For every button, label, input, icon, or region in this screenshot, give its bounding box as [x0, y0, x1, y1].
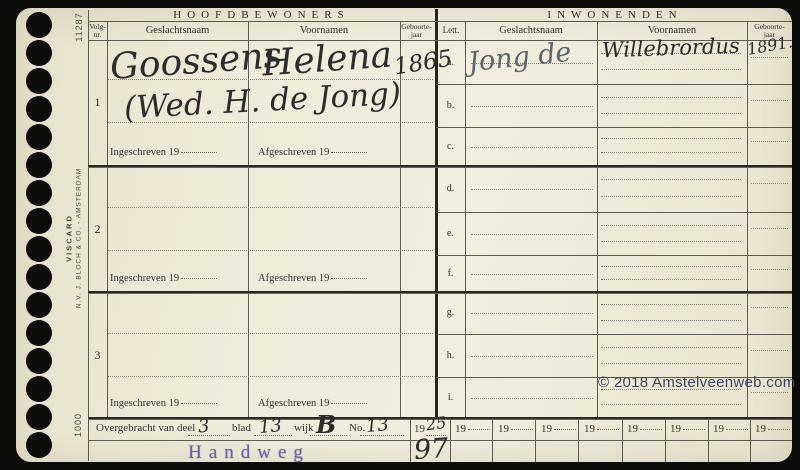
geslachtsnaam-cell — [465, 334, 597, 377]
afgeschreven-label: Afgeschreven 19 — [258, 398, 367, 409]
no-label: No. — [349, 422, 365, 434]
serial-number-bottom: 1000 — [73, 413, 83, 437]
serial-number-top: 11287 — [74, 12, 84, 41]
year-cell: 19 — [498, 423, 533, 435]
lodger-row: g. — [436, 291, 792, 334]
punch-hole — [26, 320, 52, 346]
printer-name: N.V. J. BLOCH & CO. - AMSTERDAM — [75, 168, 85, 309]
geslachtsnaam-cell — [465, 127, 597, 165]
lett-label: e. — [436, 212, 465, 255]
punch-hole — [26, 124, 52, 150]
ingeschreven-label: Ingeschreven 19 — [110, 147, 217, 158]
year-cell: 19 — [541, 423, 576, 435]
lett-label: b. — [436, 84, 465, 127]
geboortejaar-cell — [747, 291, 792, 334]
voornamen-cell — [597, 255, 747, 291]
lett-label: g. — [436, 291, 465, 334]
header-text: jaar — [411, 30, 422, 39]
punch-hole — [26, 376, 52, 402]
voornamen-cell — [597, 212, 747, 255]
column-header-geboortejaar: Geboorte- jaar — [400, 22, 433, 40]
lodger-row: f. — [436, 255, 792, 291]
printer-imprint: VISCARD N.V. J. BLOCH & CO. - AMSTERDAM — [64, 168, 85, 309]
punch-hole — [26, 348, 52, 374]
handwritten-deel: 3 — [197, 418, 210, 437]
year-cell: 19 — [455, 423, 490, 435]
lett-label: h. — [436, 334, 465, 377]
writing-line — [108, 333, 433, 334]
year-cell: 19 — [713, 423, 748, 435]
column-header-geslachtsnaam: Geslachtsnaam — [465, 22, 597, 40]
geslachtsnaam-cell — [465, 377, 597, 417]
ingeschreven-label: Ingeschreven 19 — [110, 398, 217, 409]
punch-hole — [26, 152, 52, 178]
handwritten-voornamen: Helena — [261, 38, 393, 83]
geboortejaar-cell — [747, 165, 792, 212]
street-name-stamp: Handweg — [88, 442, 410, 464]
wijk-label: wijk — [294, 422, 314, 434]
ingeschreven-label: Ingeschreven 19 — [110, 273, 217, 284]
handwritten-house-number: 97 — [413, 435, 449, 464]
punch-hole — [26, 12, 52, 38]
punch-hole — [26, 236, 52, 262]
year-cell: 19 — [584, 423, 619, 435]
voornamen-cell — [597, 84, 747, 127]
voornamen-cell — [597, 165, 747, 212]
geboortejaar-cell — [747, 127, 792, 165]
overgebracht-label: Overgebracht van deel — [96, 422, 195, 434]
geboortejaar-cell — [747, 255, 792, 291]
lett-label: i. — [436, 377, 465, 417]
afgeschreven-label: Afgeschreven 19 — [258, 147, 367, 158]
grid-line — [248, 21, 249, 417]
lett-label: c. — [436, 127, 465, 165]
lodger-row: d. — [436, 165, 792, 212]
year-cell: 19 — [670, 423, 705, 435]
lodger-row: e. — [436, 212, 792, 255]
year-prefix: 19 — [414, 423, 425, 435]
geslachtsnaam-cell — [465, 291, 597, 334]
handwritten-voornamen: Willebrordus — [602, 36, 740, 62]
voornamen-cell — [597, 334, 747, 377]
handwritten-blad: 13 — [258, 417, 282, 437]
lodger-row: b. — [436, 84, 792, 127]
lodger-row: h. — [436, 334, 792, 377]
column-header-lett: Lett. — [437, 22, 465, 40]
blad-label: blad — [232, 422, 251, 434]
year-cell: 19 — [627, 423, 662, 435]
handwritten-year: 25 — [425, 415, 447, 434]
handwritten-no: 13 — [365, 416, 389, 436]
geboortejaar-cell — [747, 84, 792, 127]
writing-line — [108, 376, 433, 377]
geslachtsnaam-cell — [465, 84, 597, 127]
handwritten-wijk: B — [316, 413, 336, 437]
punch-hole — [26, 292, 52, 318]
punch-hole — [26, 96, 52, 122]
lodger-row: c. — [436, 127, 792, 165]
afgeschreven-label: Afgeschreven 19 — [258, 273, 367, 284]
punch-hole — [26, 68, 52, 94]
geslachtsnaam-cell — [465, 212, 597, 255]
year-cell: 19 — [755, 423, 790, 435]
punch-hole — [26, 40, 52, 66]
brand-name: VISCARD — [64, 168, 75, 309]
lett-label: d. — [436, 165, 465, 212]
volgnr-value: 3 — [88, 348, 107, 363]
voornamen-cell — [597, 291, 747, 334]
geboortejaar-cell — [747, 334, 792, 377]
voornamen-cell — [597, 127, 747, 165]
writing-line — [108, 250, 433, 251]
section-title-inwonenden: INWONENDEN — [438, 9, 792, 21]
writing-line — [108, 207, 433, 208]
geslachtsnaam-cell — [465, 165, 597, 212]
column-header-volgnr: Volg- nr. — [88, 22, 107, 40]
header-text: nr. — [94, 30, 102, 39]
punch-hole — [26, 404, 52, 430]
punch-hole — [26, 264, 52, 290]
punch-hole — [26, 208, 52, 234]
volgnr-value: 1 — [88, 95, 107, 110]
scanned-register-card-photo: 11287 VISCARD N.V. J. BLOCH & CO. - AMST… — [0, 0, 800, 470]
section-title-hoofdbewoners: HOOFDBEWONERS — [88, 9, 435, 21]
column-header-geslachtsnaam: Geslachtsnaam — [107, 22, 248, 40]
volgnr-value: 2 — [88, 222, 107, 237]
grid-line — [107, 21, 108, 417]
geslachtsnaam-cell — [465, 255, 597, 291]
copyright-watermark: © 2018 Amstelveenweb.com — [598, 374, 796, 391]
punch-hole — [26, 180, 52, 206]
punch-hole — [26, 432, 52, 458]
lett-label: f. — [436, 255, 465, 291]
geboortejaar-cell — [747, 212, 792, 255]
